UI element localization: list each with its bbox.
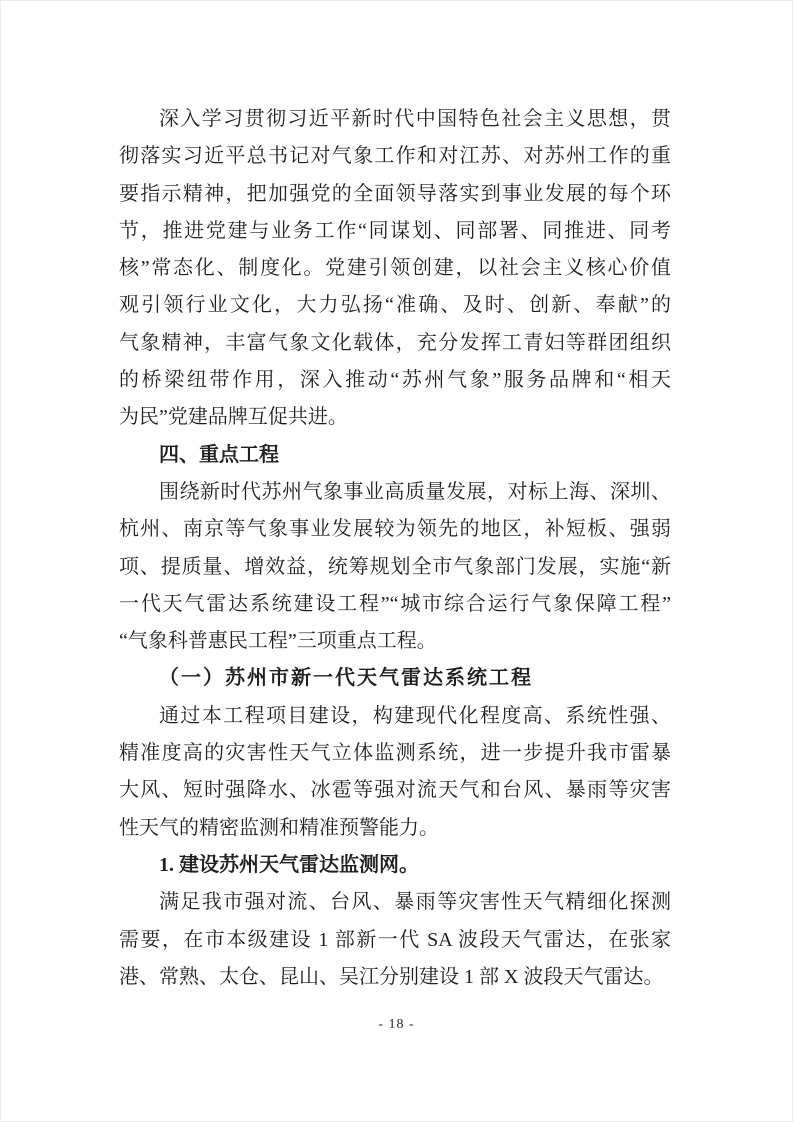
text-line: 1. 建设苏州天气雷达监测网。 [119,847,671,884]
text-line: 满足我市强对流、台风、暴雨等灾害性天气精细化探测 [119,884,671,921]
text-line: 的桥梁纽带作用，深入推动“苏州气象”服务品牌和“相天 [119,362,671,399]
text-line: 通过本工程项目建设，构建现代化程度高、系统性强、 [119,698,671,735]
text-line: 深入学习贯彻习近平新时代中国特色社会主义思想，贯 [119,101,671,138]
text-line: 彻落实习近平总书记对气象工作和对江苏、对苏州工作的重 [119,138,671,175]
text-line: 一代天气雷达系统建设工程”“城市综合运行气象保障工程” [119,586,671,623]
text-line: 要指示精神，把加强党的全面领导落实到事业发展的每个环 [119,176,671,213]
text-line: 为民”党建品牌互促共进。 [119,399,671,436]
text-line: 观引领行业文化，大力弘扬“准确、及时、创新、奉献”的 [119,287,671,324]
page-number: - 18 - [1,1017,792,1033]
text-line: 核”常态化、制度化。党建引领创建，以社会主义核心价值 [119,250,671,287]
text-line: 需要，在市本级建设 1 部新一代 SA 波段天气雷达，在张家 [119,922,671,959]
document-page: 深入学习贯彻习近平新时代中国特色社会主义思想，贯彻落实习近平总书记对气象工作和对… [0,0,793,1122]
text-line: 四、重点工程 [119,437,671,474]
text-line: 精准度高的灾害性天气立体监测系统，进一步提升我市雷暴 [119,735,671,772]
text-line: 项、提质量、增效益，统筹规划全市气象部门发展，实施“新 [119,549,671,586]
text-line: 港、常熟、太仓、昆山、吴江分别建设 1 部 X 波段天气雷达。 [119,959,671,996]
text-line: 大风、短时强降水、冰雹等强对流天气和台风、暴雨等灾害 [119,772,671,809]
text-line: “气象科普惠民工程”三项重点工程。 [119,623,671,660]
text-line: 杭州、南京等气象事业发展较为领先的地区，补短板、强弱 [119,511,671,548]
text-line: 性天气的精密监测和精准预警能力。 [119,810,671,847]
text-line: （一）苏州市新一代天气雷达系统工程 [119,660,671,697]
text-line: 围绕新时代苏州气象事业高质量发展，对标上海、深圳、 [119,474,671,511]
document-body: 深入学习贯彻习近平新时代中国特色社会主义思想，贯彻落实习近平总书记对气象工作和对… [119,101,671,996]
text-line: 节，推进党建与业务工作“同谋划、同部署、同推进、同考 [119,213,671,250]
text-line: 气象精神，丰富气象文化载体，充分发挥工青妇等群团组织 [119,325,671,362]
